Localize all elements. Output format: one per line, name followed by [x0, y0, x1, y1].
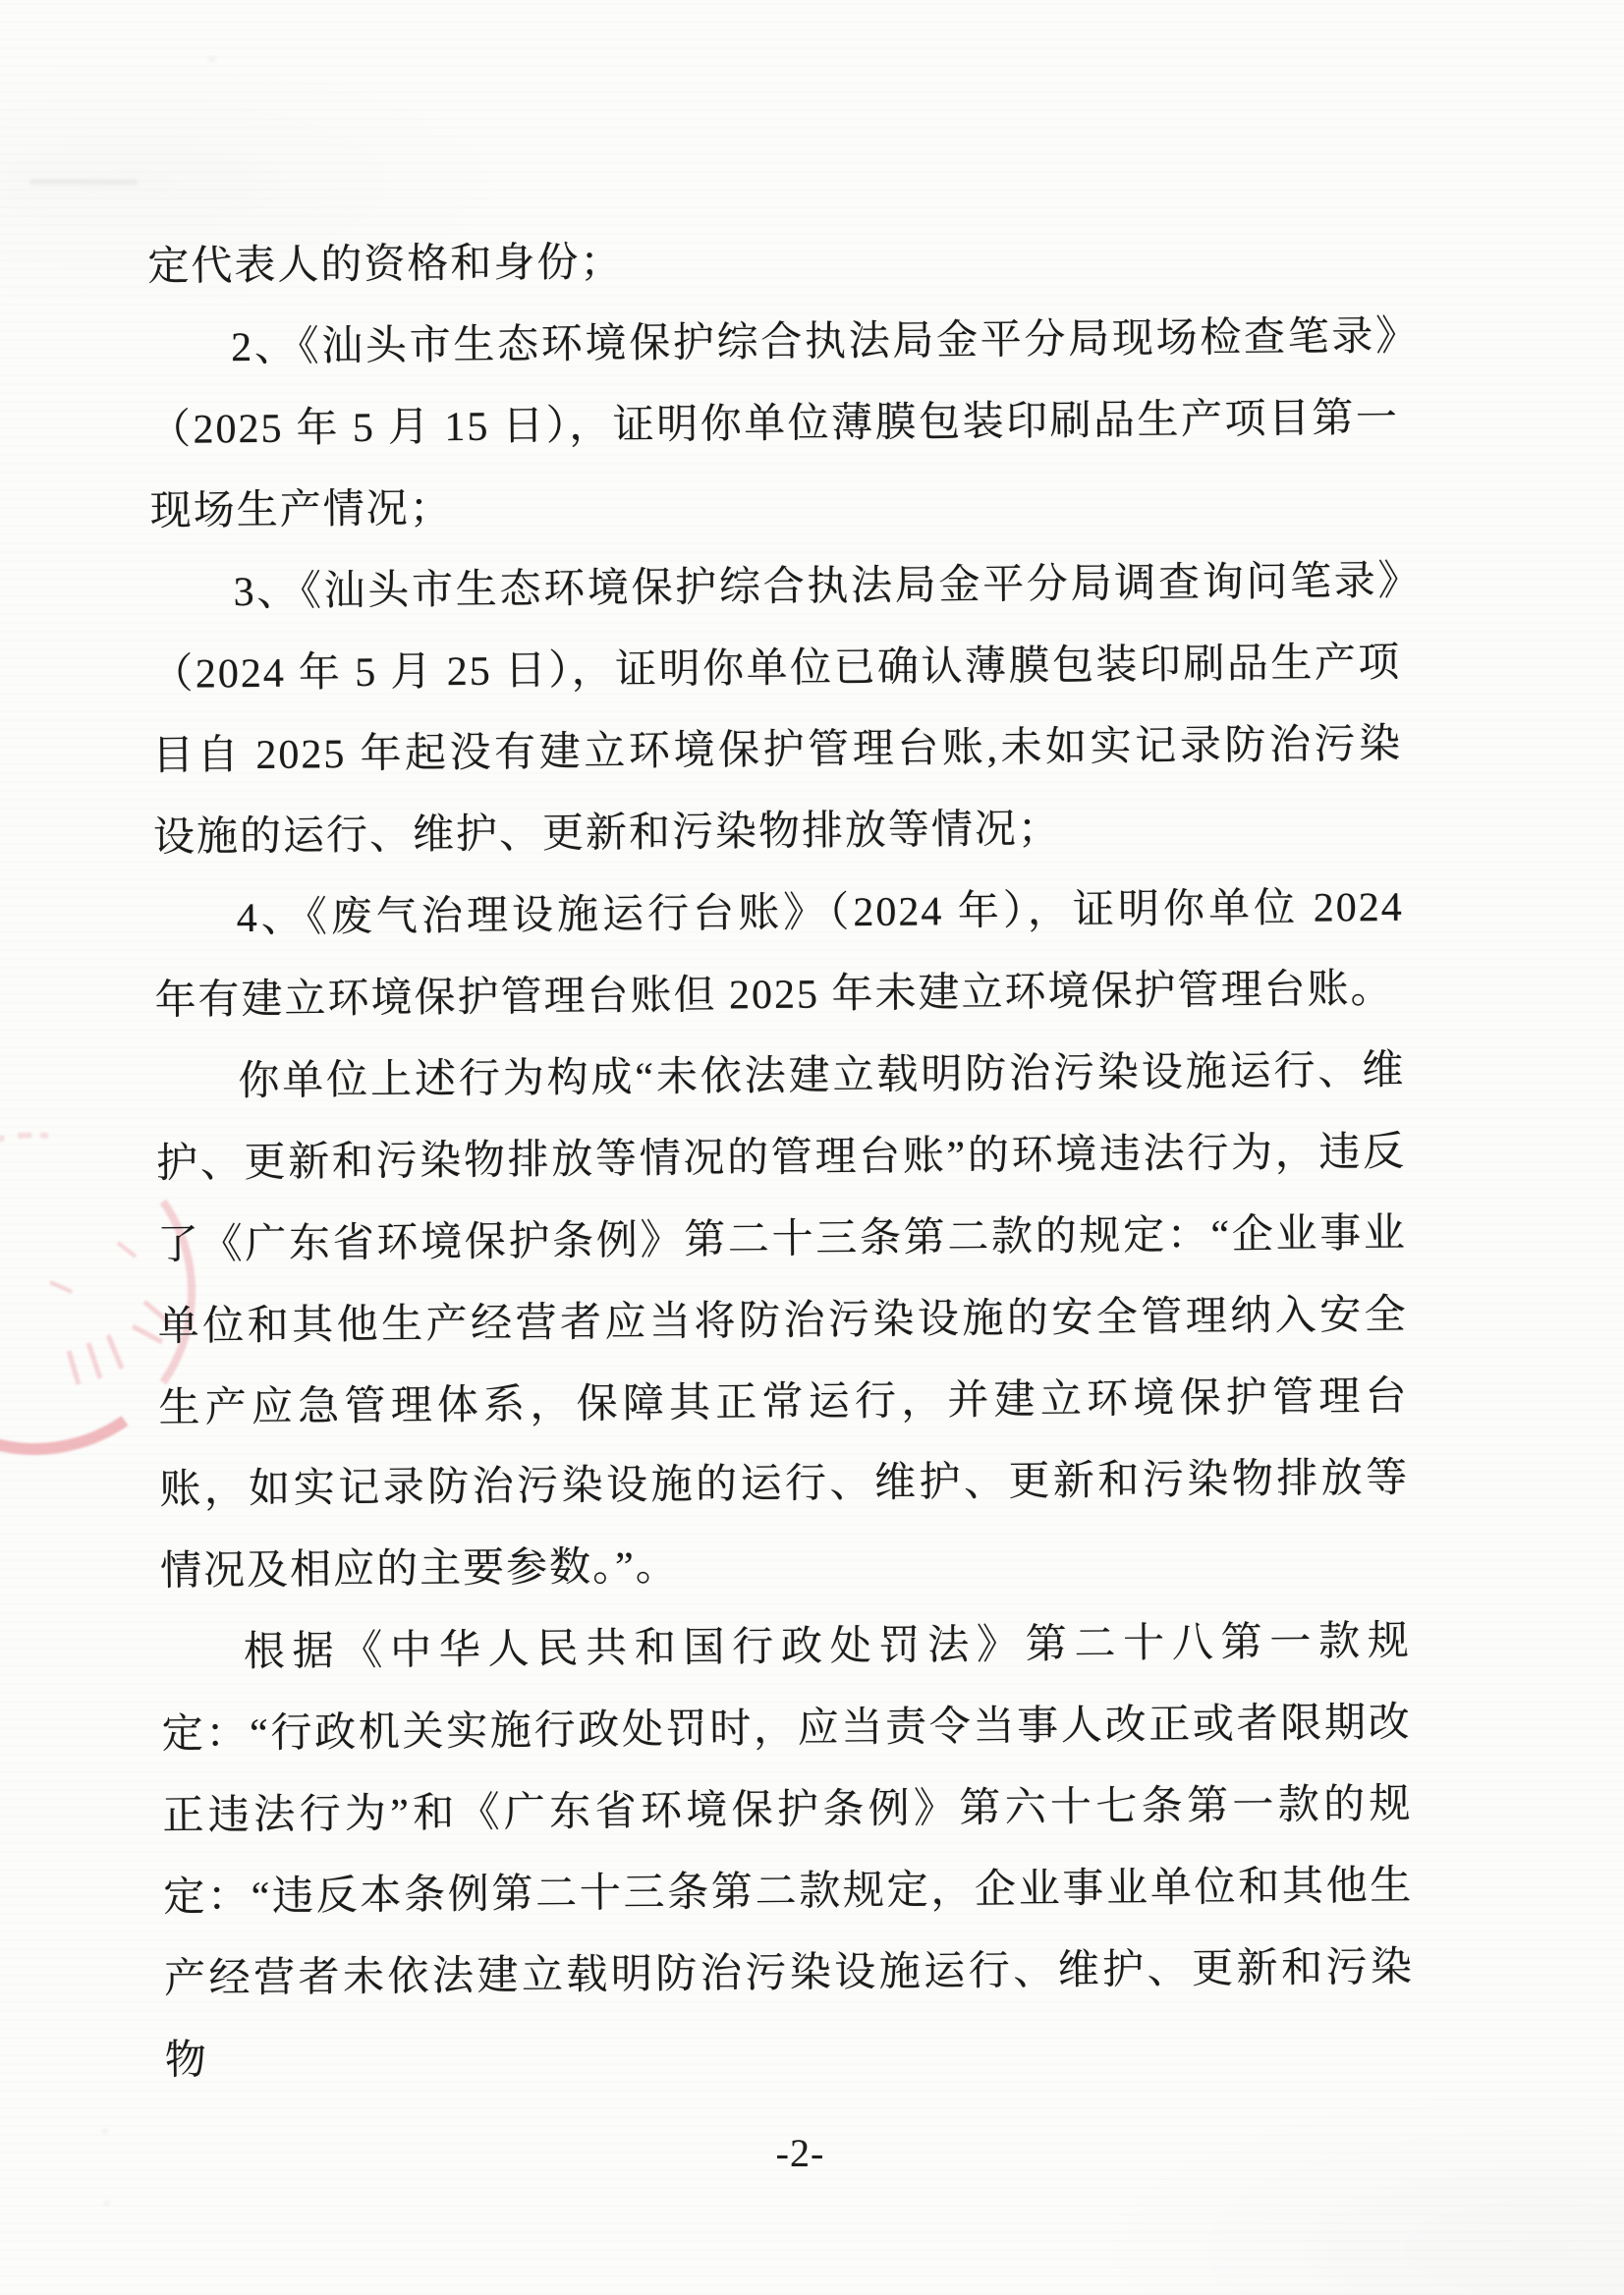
- paragraph-evidence-4: 4、《废气治理设施运行台账》（2024 年），证明你单位 2024 年有建立环境…: [153, 868, 1405, 1042]
- paragraph-violation-finding: 你单位上述行为构成“未依法建立载明防治污染设施运行、维护、更新和污染物排放等情况…: [155, 1031, 1411, 1613]
- seal-mark: [88, 1343, 100, 1378]
- seal-ring-top-arc: [0, 1135, 48, 1163]
- scan-speck: [29, 179, 138, 186]
- seal-mark: [108, 1335, 122, 1369]
- paragraph-continuation: 定代表人的资格和身份；: [147, 215, 1398, 308]
- seal-mark: [118, 1243, 136, 1257]
- seal-mark: [69, 1351, 79, 1384]
- scanned-document-page: 定代表人的资格和身份； 2、《汕头市生态环境保护综合执法局金平分局现场检查笔录》…: [0, 0, 1624, 2295]
- page-number: -2-: [0, 2130, 1600, 2176]
- paragraph-legal-basis: 根据《中华人民共和国行政处罚法》第二十八第一款规定：“行政机关实施行政处罚时，应…: [161, 1601, 1416, 2102]
- scan-speck: [104, 2201, 110, 2206]
- paragraph-evidence-3: 3、《汕头市生态环境保护综合执法局金平分局调查询问笔录》（2024 年 5 月 …: [150, 541, 1403, 879]
- document-body: 定代表人的资格和身份； 2、《汕头市生态环境保护综合执法局金平分局现场检查笔录》…: [147, 215, 1415, 2102]
- seal-mark: [50, 1282, 72, 1292]
- paragraph-evidence-2: 2、《汕头市生态环境保护综合执法局金平分局现场检查笔录》（2025 年 5 月 …: [148, 297, 1400, 553]
- seal-ring-bottom-arc: [0, 1403, 125, 1449]
- scan-speck: [208, 57, 216, 62]
- seal-text-marks: [50, 1243, 170, 1384]
- scan-speck: [102, 2128, 108, 2134]
